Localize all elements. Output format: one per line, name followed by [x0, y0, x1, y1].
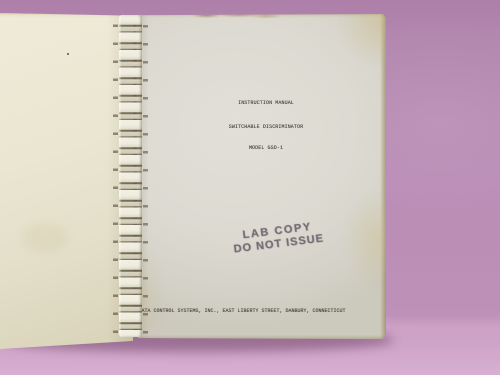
title-line-instruction-manual: INSTRUCTION MANUAL [144, 100, 388, 106]
binding-punch-slots-left [113, 15, 118, 337]
comb-binding [112, 13, 149, 339]
lab-copy-stamp: LAB COPY DO NOT ISSUE [193, 215, 363, 260]
photo-canvas: INSTRUCTION MANUAL SWITCHABLE DISCRIMINA… [0, 0, 500, 375]
binding-punch-slots-right [143, 15, 148, 337]
title-line-model-number: MODEL GSD-1 [144, 145, 388, 151]
title-line-product-name: SWITCHABLE DISCRIMINATOR [144, 124, 388, 130]
page-faint-stain [22, 223, 68, 253]
page-speck [67, 53, 69, 55]
stain-top-right-corner [340, 14, 386, 64]
binding-comb-teeth [119, 15, 142, 337]
publisher-imprint-line: DATA CONTROL SYSTEMS, INC., EAST LIBERTY… [138, 308, 346, 314]
title-page: INSTRUCTION MANUAL SWITCHABLE DISCRIMINA… [136, 14, 386, 339]
